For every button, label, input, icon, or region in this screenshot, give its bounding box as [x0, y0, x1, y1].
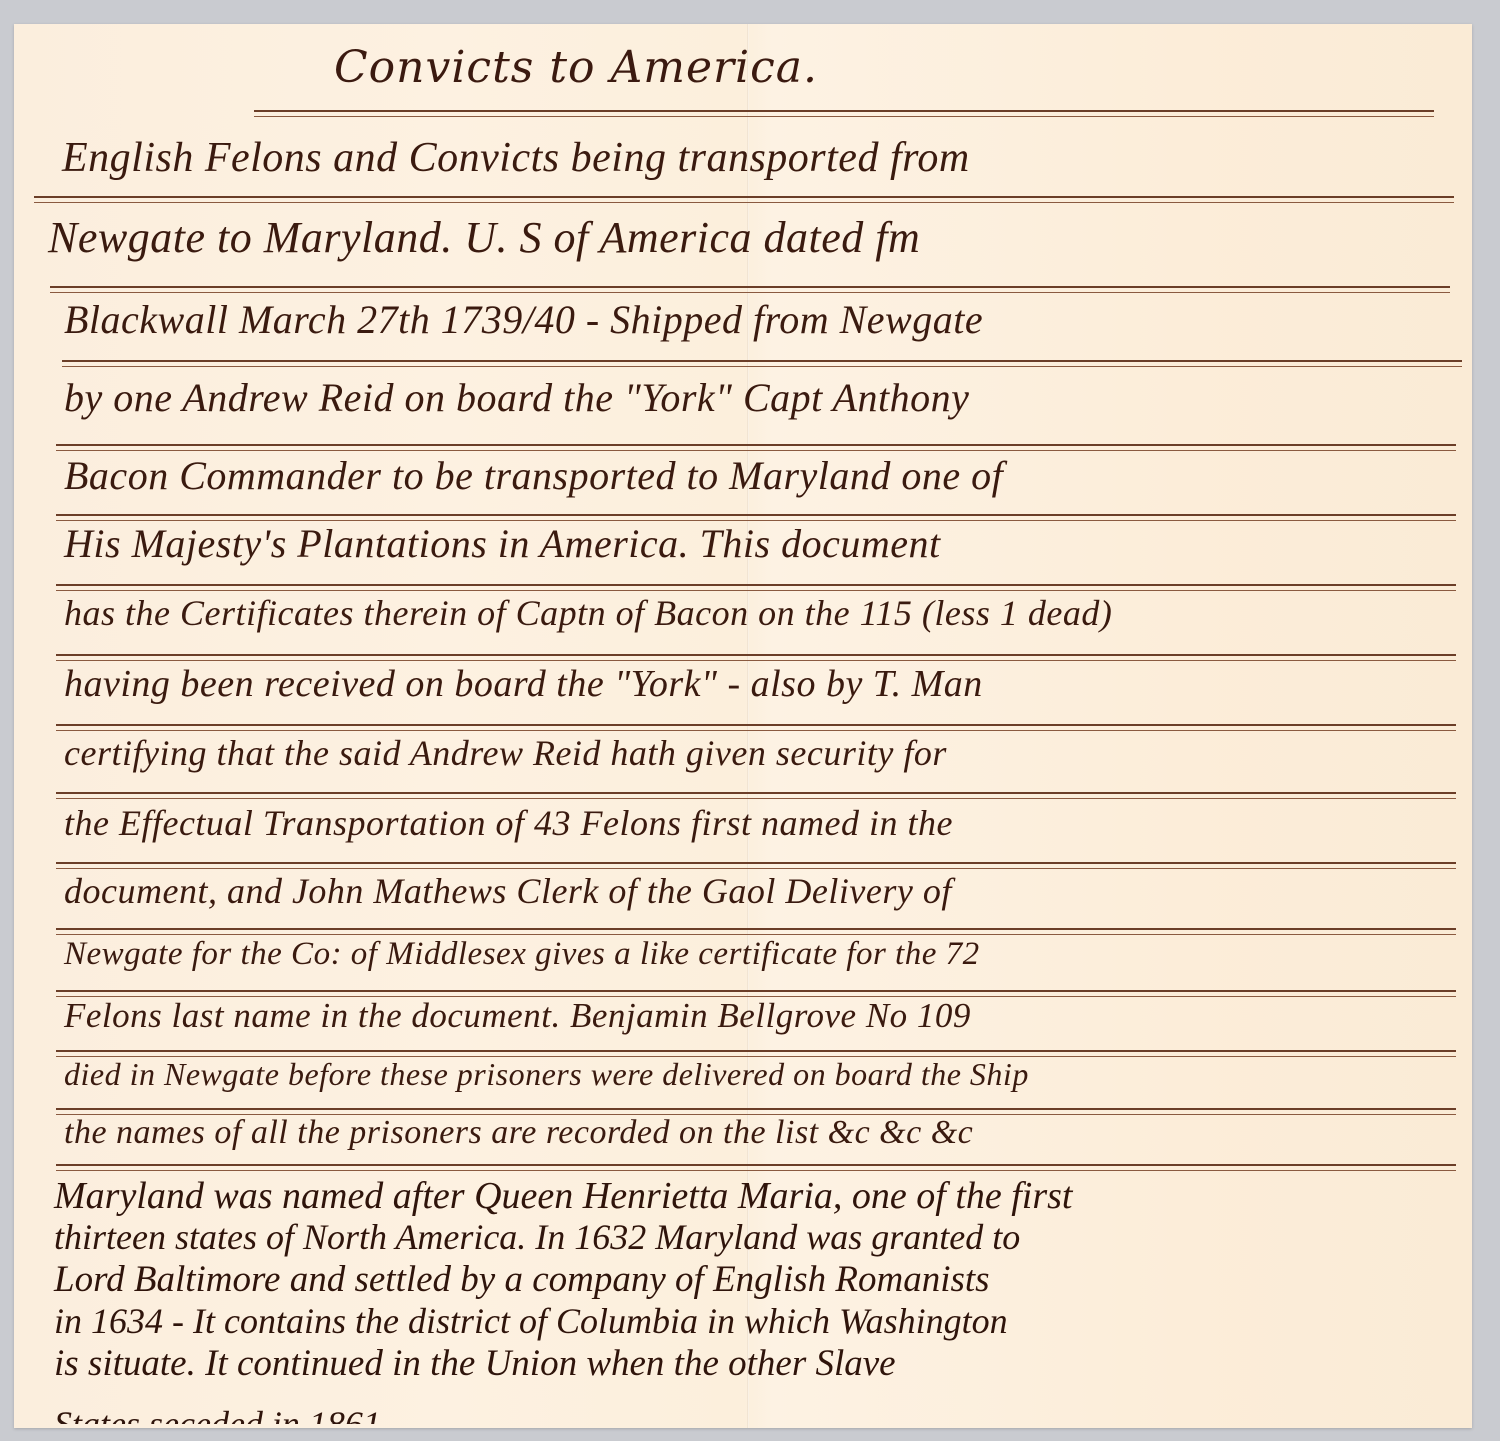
rule-line [56, 1164, 1456, 1166]
ruled-text-line: by one Andrew Reid on board the "York" C… [64, 374, 969, 421]
ruled-text-line: the Effectual Transportation of 43 Felon… [64, 802, 953, 844]
ruled-text-line: certifying that the said Andrew Reid hat… [64, 732, 947, 774]
rule-line [56, 444, 1456, 446]
rule-line [56, 724, 1456, 726]
ruled-text-line: having been received on board the "York"… [64, 662, 983, 706]
rule-line [56, 514, 1456, 516]
rule-line [56, 584, 1456, 586]
ruled-text-line: has the Certificates therein of Captn of… [64, 592, 1112, 634]
rule-line [254, 110, 1434, 112]
rule-line [56, 792, 1456, 794]
rule-line [56, 990, 1456, 992]
ruled-text-line: the names of all the prisoners are recor… [64, 1114, 973, 1152]
rule-line [56, 1108, 1456, 1110]
ruled-text-line: His Majesty's Plantations in America. Th… [64, 520, 941, 567]
rule-line [56, 862, 1456, 864]
note-text-line: Lord Baltimore and settled by a company … [54, 1258, 990, 1301]
ruled-text-line: died in Newgate before these prisoners w… [64, 1056, 1029, 1093]
rule-line [34, 196, 1454, 198]
rule-line [56, 654, 1456, 656]
ruled-text-line: Blackwall March 27th 1739/40 - Shipped f… [64, 296, 983, 343]
rule-line [56, 928, 1456, 930]
rule-line [50, 286, 1450, 288]
ruled-text-line: English Felons and Convicts being transp… [62, 134, 970, 182]
note-text-line-cut-off: States seceded in 1861 [54, 1400, 381, 1424]
ruled-text-line: Bacon Commander to be transported to Mar… [64, 452, 1003, 499]
manuscript-page: Convicts to America. English Felons and … [14, 24, 1472, 1428]
note-text-line: thirteen states of North America. In 163… [54, 1216, 1020, 1258]
note-text-line: Maryland was named after Queen Henrietta… [54, 1174, 1073, 1218]
document-title: Convicts to America. [334, 42, 818, 93]
ruled-text-line: Newgate for the Co: of Middlesex gives a… [64, 936, 980, 973]
note-text-line: is situate. It continued in the Union wh… [54, 1342, 896, 1385]
note-text-line: in 1634 - It contains the district of Co… [54, 1300, 1008, 1342]
ruled-text-line: Newgate to Maryland. U. S of America dat… [48, 212, 920, 263]
rule-line [56, 1050, 1456, 1052]
ruled-text-line: document, and John Mathews Clerk of the … [64, 870, 952, 912]
ruled-text-line: Felons last name in the document. Benjam… [64, 996, 971, 1036]
rule-line [62, 360, 1462, 362]
